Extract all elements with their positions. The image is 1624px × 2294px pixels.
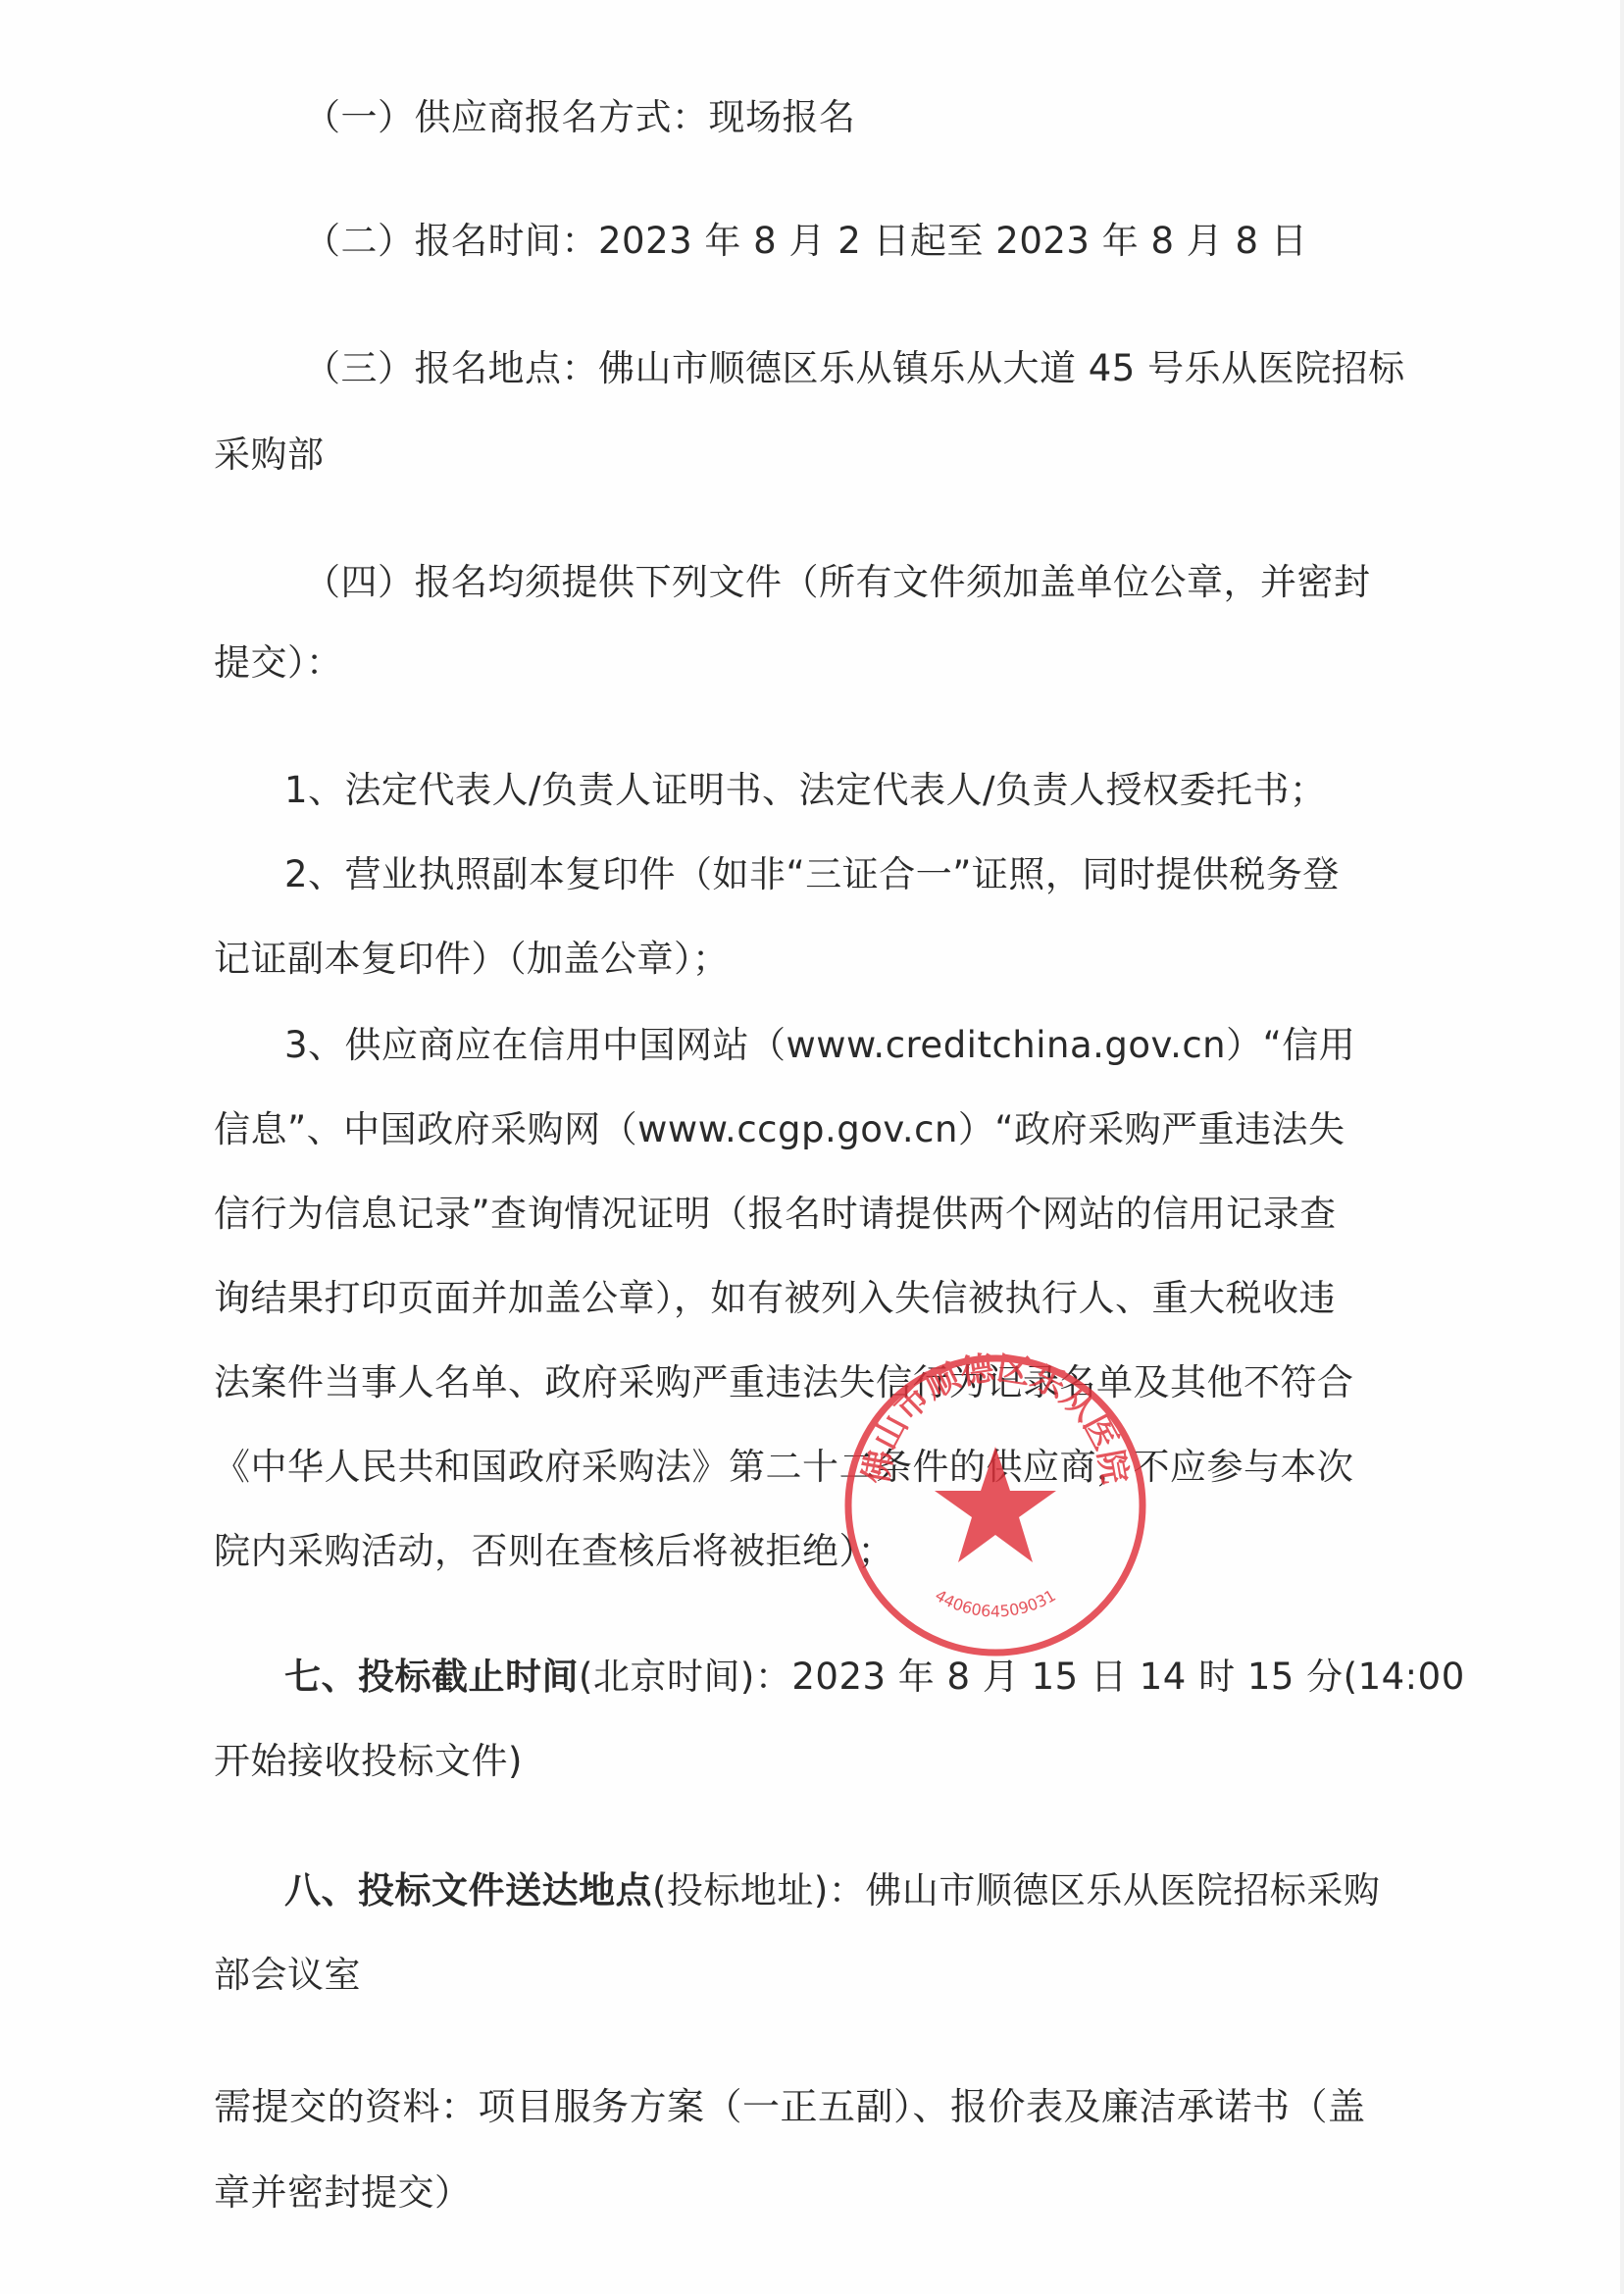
submission-line2: 章并密封提交） bbox=[214, 2169, 472, 2217]
delivery-heading: 八、投标文件送达地点 bbox=[284, 1869, 652, 1912]
submission-line1: 需提交的资料：项目服务方案（一正五副）、报价表及廉洁承诺书（盖 bbox=[214, 2083, 1366, 2130]
stamp-serial: 4406064509031 bbox=[932, 1586, 1059, 1620]
document-page: （一）供应商报名方式：现场报名 （二）报名时间：2023 年 8 月 2 日起至… bbox=[0, 0, 1624, 2294]
enrollment-time: （二）报名时间：2023 年 8 月 2 日起至 2023 年 8 月 8 日 bbox=[304, 218, 1307, 265]
deadline-heading: 七、投标截止时间 bbox=[284, 1656, 579, 1698]
required-doc-item3-line: 询结果打印页面并加盖公章），如有被列入失信被执行人、重大税收违 bbox=[214, 1275, 1336, 1322]
required-doc-item3-line: 院内采购活动，否则在查核后将被拒绝）； bbox=[214, 1528, 894, 1575]
enrollment-place-line1: （三）报名地点：佛山市顺德区乐从镇乐从大道 45 号乐从医院招标 bbox=[304, 345, 1405, 392]
enrollment-place-line2: 采购部 bbox=[214, 432, 325, 479]
delivery-line1: 八、投标文件送达地点(投标地址)：佛山市顺德区乐从医院招标采购 bbox=[284, 1867, 1380, 1914]
required-doc-item3-line: 3、供应商应在信用中国网站（www.creditchina.gov.cn）“信用 bbox=[284, 1022, 1355, 1069]
deadline-line1: 七、投标截止时间(北京时间)：2023 年 8 月 15 日 14 时 15 分… bbox=[284, 1654, 1465, 1701]
page-edge bbox=[1620, 0, 1624, 2294]
required-doc-item3-line: 信息”、中国政府采购网（www.ccgp.gov.cn）“政府采购严重违法失 bbox=[214, 1106, 1345, 1153]
delivery-line2: 部会议室 bbox=[214, 1952, 361, 1999]
required-doc-item1: 1、法定代表人/负责人证明书、法定代表人/负责人授权委托书； bbox=[284, 767, 1326, 814]
deadline-detail: (北京时间)：2023 年 8 月 15 日 14 时 15 分(14:00 bbox=[579, 1656, 1465, 1698]
svg-text:4406064509031: 4406064509031 bbox=[932, 1586, 1059, 1620]
enrollment-docs-line2: 提交）： bbox=[214, 639, 343, 687]
required-doc-item2-line1: 2、营业执照副本复印件（如非“三证合一”证照，同时提供税务登 bbox=[284, 851, 1340, 898]
required-doc-item2-line2: 记证副本复印件）（加盖公章）； bbox=[214, 936, 730, 983]
required-doc-item3-line: 《中华人民共和国政府采购法》第二十二条件的供应商，不应参与本次 bbox=[214, 1444, 1354, 1491]
required-doc-item3-line: 法案件当事人名单、政府采购严重违法失信行为记录名单及其他不符合 bbox=[214, 1359, 1354, 1406]
delivery-detail: (投标地址)：佛山市顺德区乐从医院招标采购 bbox=[652, 1869, 1380, 1912]
enrollment-docs-line1: （四）报名均须提供下列文件（所有文件须加盖单位公章，并密封 bbox=[304, 559, 1371, 606]
required-doc-item3-line: 信行为信息记录”查询情况证明（报名时请提供两个网站的信用记录查 bbox=[214, 1191, 1337, 1238]
deadline-line2: 开始接收投标文件) bbox=[214, 1738, 523, 1785]
enrollment-method: （一）供应商报名方式：现场报名 bbox=[304, 94, 856, 141]
